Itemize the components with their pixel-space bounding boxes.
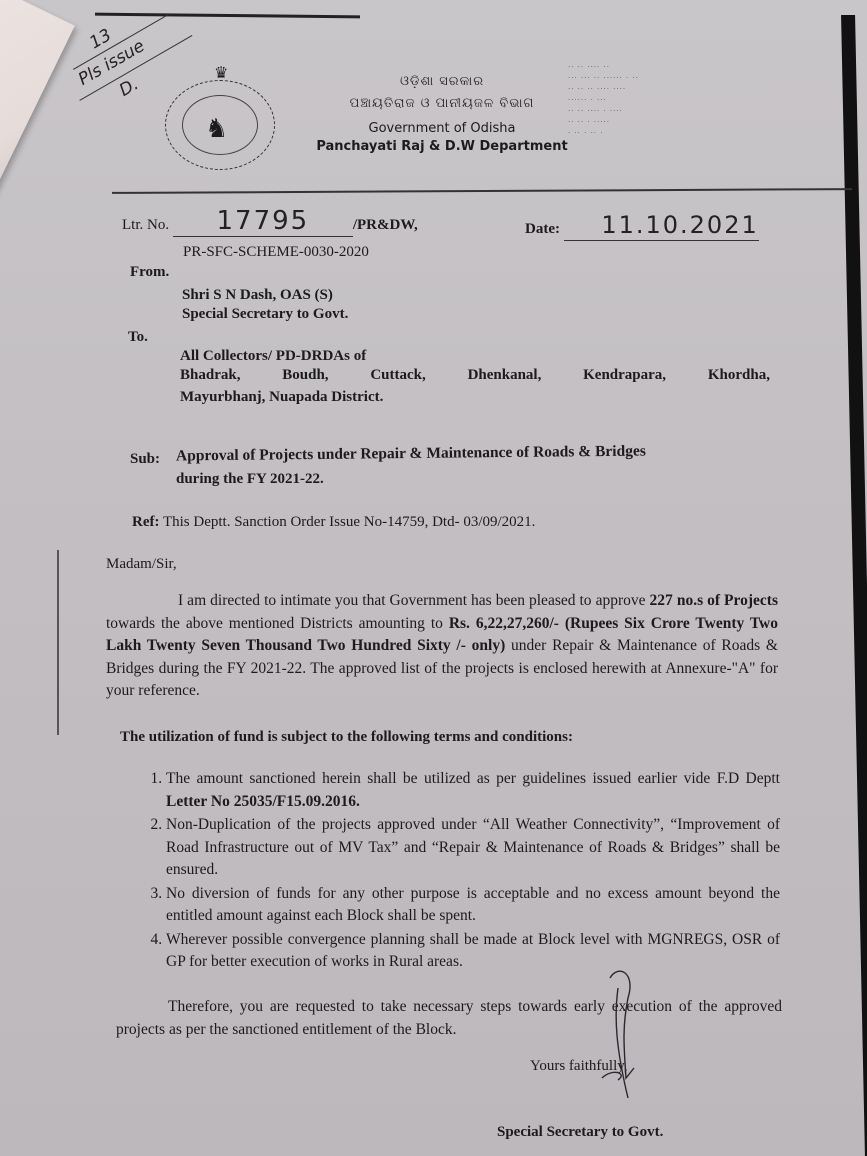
emblem-inner-ring: ♞ (182, 95, 258, 155)
date-field: 11.10.2021 (564, 214, 759, 241)
district: Khordha, (708, 364, 770, 386)
ltr-number-field: 17795 (173, 210, 353, 237)
ltr-number: 17795 (216, 206, 309, 236)
district: Boudh, (282, 364, 328, 386)
condition-item: The amount sanctioned herein shall be ut… (166, 768, 780, 813)
ref-text: This Deptt. Sanction Order Issue No-1475… (163, 514, 535, 530)
letter-number-row: Ltr. No. 17795/PR&DW, (122, 210, 418, 237)
from-designation: Special Secretary to Govt. (182, 303, 348, 325)
conditions-list: The amount sanctioned herein shall be ut… (140, 768, 780, 975)
date-row: Date: 11.10.2021 (525, 214, 759, 241)
project-count: 227 no.s of Projects (650, 592, 778, 609)
letterhead: ଓଡ଼ିଶା ସରକାର ପଞ୍ଚାୟତିରାଜ ଓ ପାନୀୟଜଳ ବିଭାଗ… (292, 74, 592, 154)
condition-text: Non-Duplication of the projects approved… (166, 816, 780, 878)
body-text: towards the above mentioned Districts am… (106, 615, 443, 632)
condition-item: Wherever possible convergence planning s… (166, 929, 780, 974)
condition-reference: Letter No 25035/F15.09.2016. (166, 793, 360, 810)
ref-row: Ref: This Deptt. Sanction Order Issue No… (132, 511, 535, 533)
ref-label: Ref: (132, 514, 159, 530)
letterhead-dept: Panchayati Raj & D.W Department (292, 139, 592, 154)
signature-icon (588, 968, 648, 1108)
letter-page (0, 0, 867, 1156)
margin-mark (57, 550, 59, 735)
from-label: From. (130, 261, 169, 283)
ltr-suffix: /PR&DW, (353, 217, 418, 233)
body-paragraph: I am directed to intimate you that Gover… (106, 590, 778, 703)
letterhead-govt: Government of Odisha (292, 121, 592, 136)
ltr-label: Ltr. No. (122, 217, 169, 233)
letterhead-odia-govt: ଓଡ଼ିଶା ସରକାର (292, 74, 592, 89)
odisha-emblem-icon: ♛ ♞ (165, 80, 275, 170)
to-label: To. (128, 326, 148, 348)
crest-icon: ♛ (214, 63, 228, 82)
date-label: Date: (525, 221, 560, 237)
district: Bhadrak, (180, 364, 240, 386)
letterhead-odia-dept: ପଞ୍ଚାୟତିରାଜ ଓ ପାନୀୟଜଳ ବିଭାଗ (292, 96, 592, 111)
condition-text: The amount sanctioned herein shall be ut… (166, 770, 780, 787)
subject-label: Sub: (130, 448, 160, 470)
contact-details: ·· ·· ···· ····· ··· ·· ······ · ···· ··… (568, 62, 639, 139)
condition-text: No diversion of funds for any other purp… (166, 885, 780, 925)
district-list-cont: Mayurbhanj, Nuapada District. (180, 386, 383, 408)
file-code: PR-SFC-SCHEME-0030-2020 (183, 241, 369, 263)
date-value: 11.10.2021 (601, 211, 758, 239)
condition-item: Non-Duplication of the projects approved… (166, 814, 780, 882)
district: Cuttack, (370, 364, 425, 386)
closing-paragraph: Therefore, you are requested to take nec… (116, 996, 782, 1041)
condition-item: No diversion of funds for any other purp… (166, 883, 780, 928)
condition-text: Wherever possible convergence planning s… (166, 931, 780, 971)
district-list: Bhadrak, Boudh, Cuttack, Dhenkanal, Kend… (180, 364, 770, 386)
conditions-heading: The utilization of fund is subject to th… (120, 726, 573, 748)
district: Dhenkanal, (468, 364, 542, 386)
district: Kendrapara, (583, 364, 666, 386)
body-text: I am directed to intimate you that Gover… (178, 592, 646, 609)
horse-rider-icon: ♞ (205, 114, 228, 144)
signatory-designation: Special Secretary to Govt. (497, 1121, 663, 1143)
subject-line2: during the FY 2021-22. (176, 468, 324, 490)
salutation: Madam/Sir, (106, 553, 177, 575)
